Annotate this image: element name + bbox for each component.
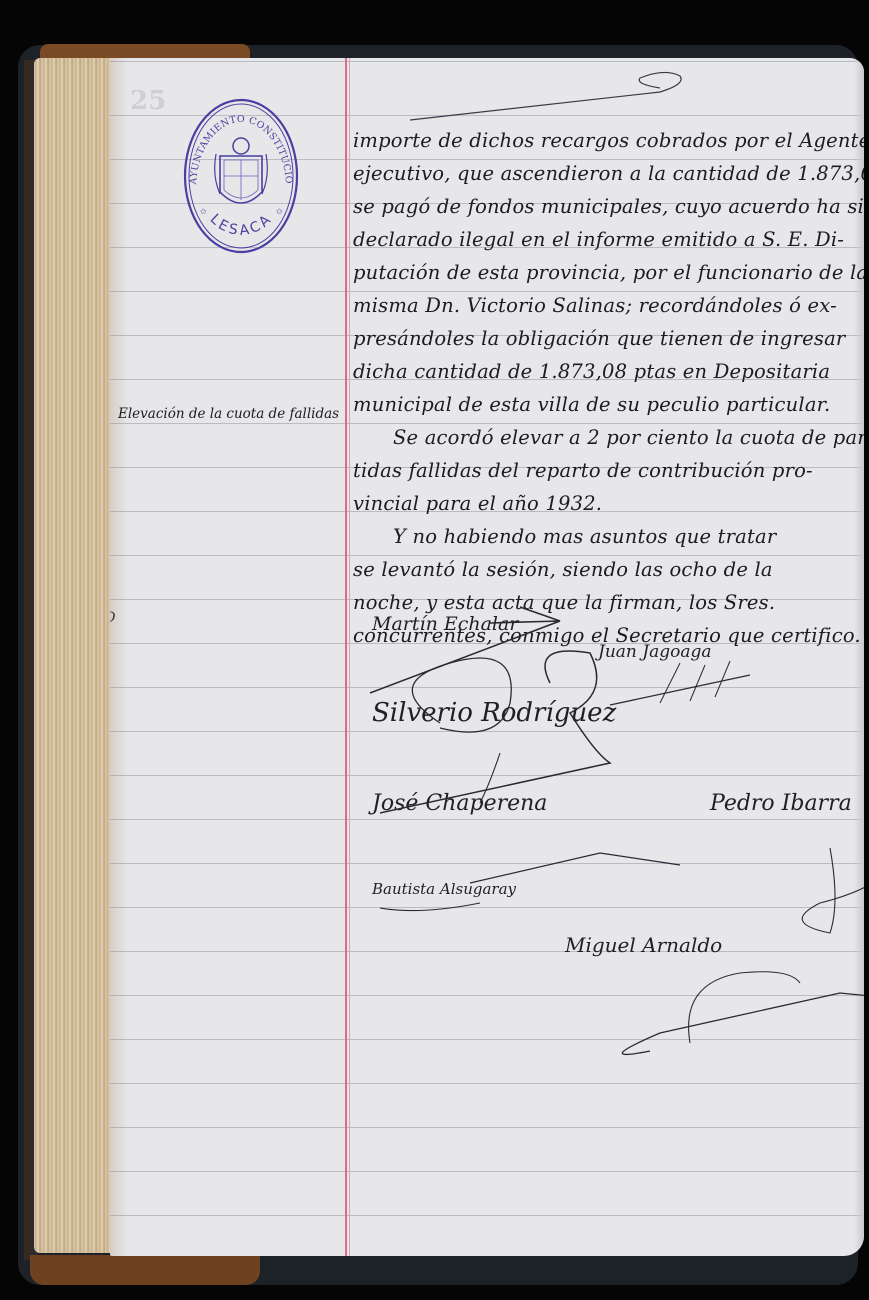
- municipal-stamp: AYUNTAMIENTO CONSTITUCIONAL DE LESACA ✩ …: [182, 96, 300, 256]
- body-line: misma Dn. Victorio Salinas; recordándole…: [353, 289, 853, 322]
- body-line: importe de dichos recargos cobrados por …: [353, 124, 853, 157]
- body-line: dicha cantidad de 1.873,08 ptas en Depos…: [353, 355, 853, 388]
- body-line: declarado ilegal en el informe emitido a…: [353, 223, 853, 256]
- margin-rule: [345, 58, 347, 1256]
- svg-text:✩: ✩: [200, 207, 207, 216]
- body-line: se pagó de fondos municipales, cuyo acue…: [353, 190, 853, 223]
- signature-flourishes: [360, 603, 864, 1073]
- margin-note: Elevación de la cuota de fallidas: [118, 406, 339, 422]
- top-flourish-line: [410, 66, 690, 126]
- body-line-paragraph-start: Se acordó elevar a 2 por ciento la cuota…: [353, 421, 853, 454]
- svg-text:✩: ✩: [276, 207, 283, 216]
- svg-text:LESACA: LESACA: [207, 210, 276, 239]
- ledger-page: 25 AYUNTAMIENTO CONSTITUCIONAL DE LESACA: [110, 58, 864, 1256]
- stacked-page-edges: [34, 58, 114, 1253]
- page-gutter-shadow: [110, 58, 128, 1256]
- body-line: ejecutivo, que ascendieron a la cantidad…: [353, 157, 853, 190]
- body-line-paragraph-start: Y no habiendo mas asuntos que tratar: [353, 520, 853, 553]
- faint-page-number: 25: [130, 86, 166, 116]
- margin-rule-secondary: [349, 58, 350, 1256]
- body-line: se levantó la sesión, siendo las ocho de…: [353, 553, 853, 586]
- svg-text:AYUNTAMIENTO CONSTITUCIONAL DE: AYUNTAMIENTO CONSTITUCIONAL DE: [182, 96, 294, 186]
- leather-corner-bottom: [30, 1255, 260, 1285]
- body-line: putación de esta provincia, por el funci…: [353, 256, 853, 289]
- body-line: presándoles la obligación que tienen de …: [353, 322, 853, 355]
- body-line: vincial para el año 1932.: [353, 487, 853, 520]
- body-line: tidas fallidas del reparto de contribuci…: [353, 454, 853, 487]
- minutes-body: importe de dichos recargos cobrados por …: [353, 124, 853, 652]
- body-line: municipal de esta villa de su peculio pa…: [353, 388, 853, 421]
- margin-mark-circle: O: [110, 610, 115, 626]
- stamp-seal-icon: AYUNTAMIENTO CONSTITUCIONAL DE LESACA ✩ …: [182, 96, 300, 256]
